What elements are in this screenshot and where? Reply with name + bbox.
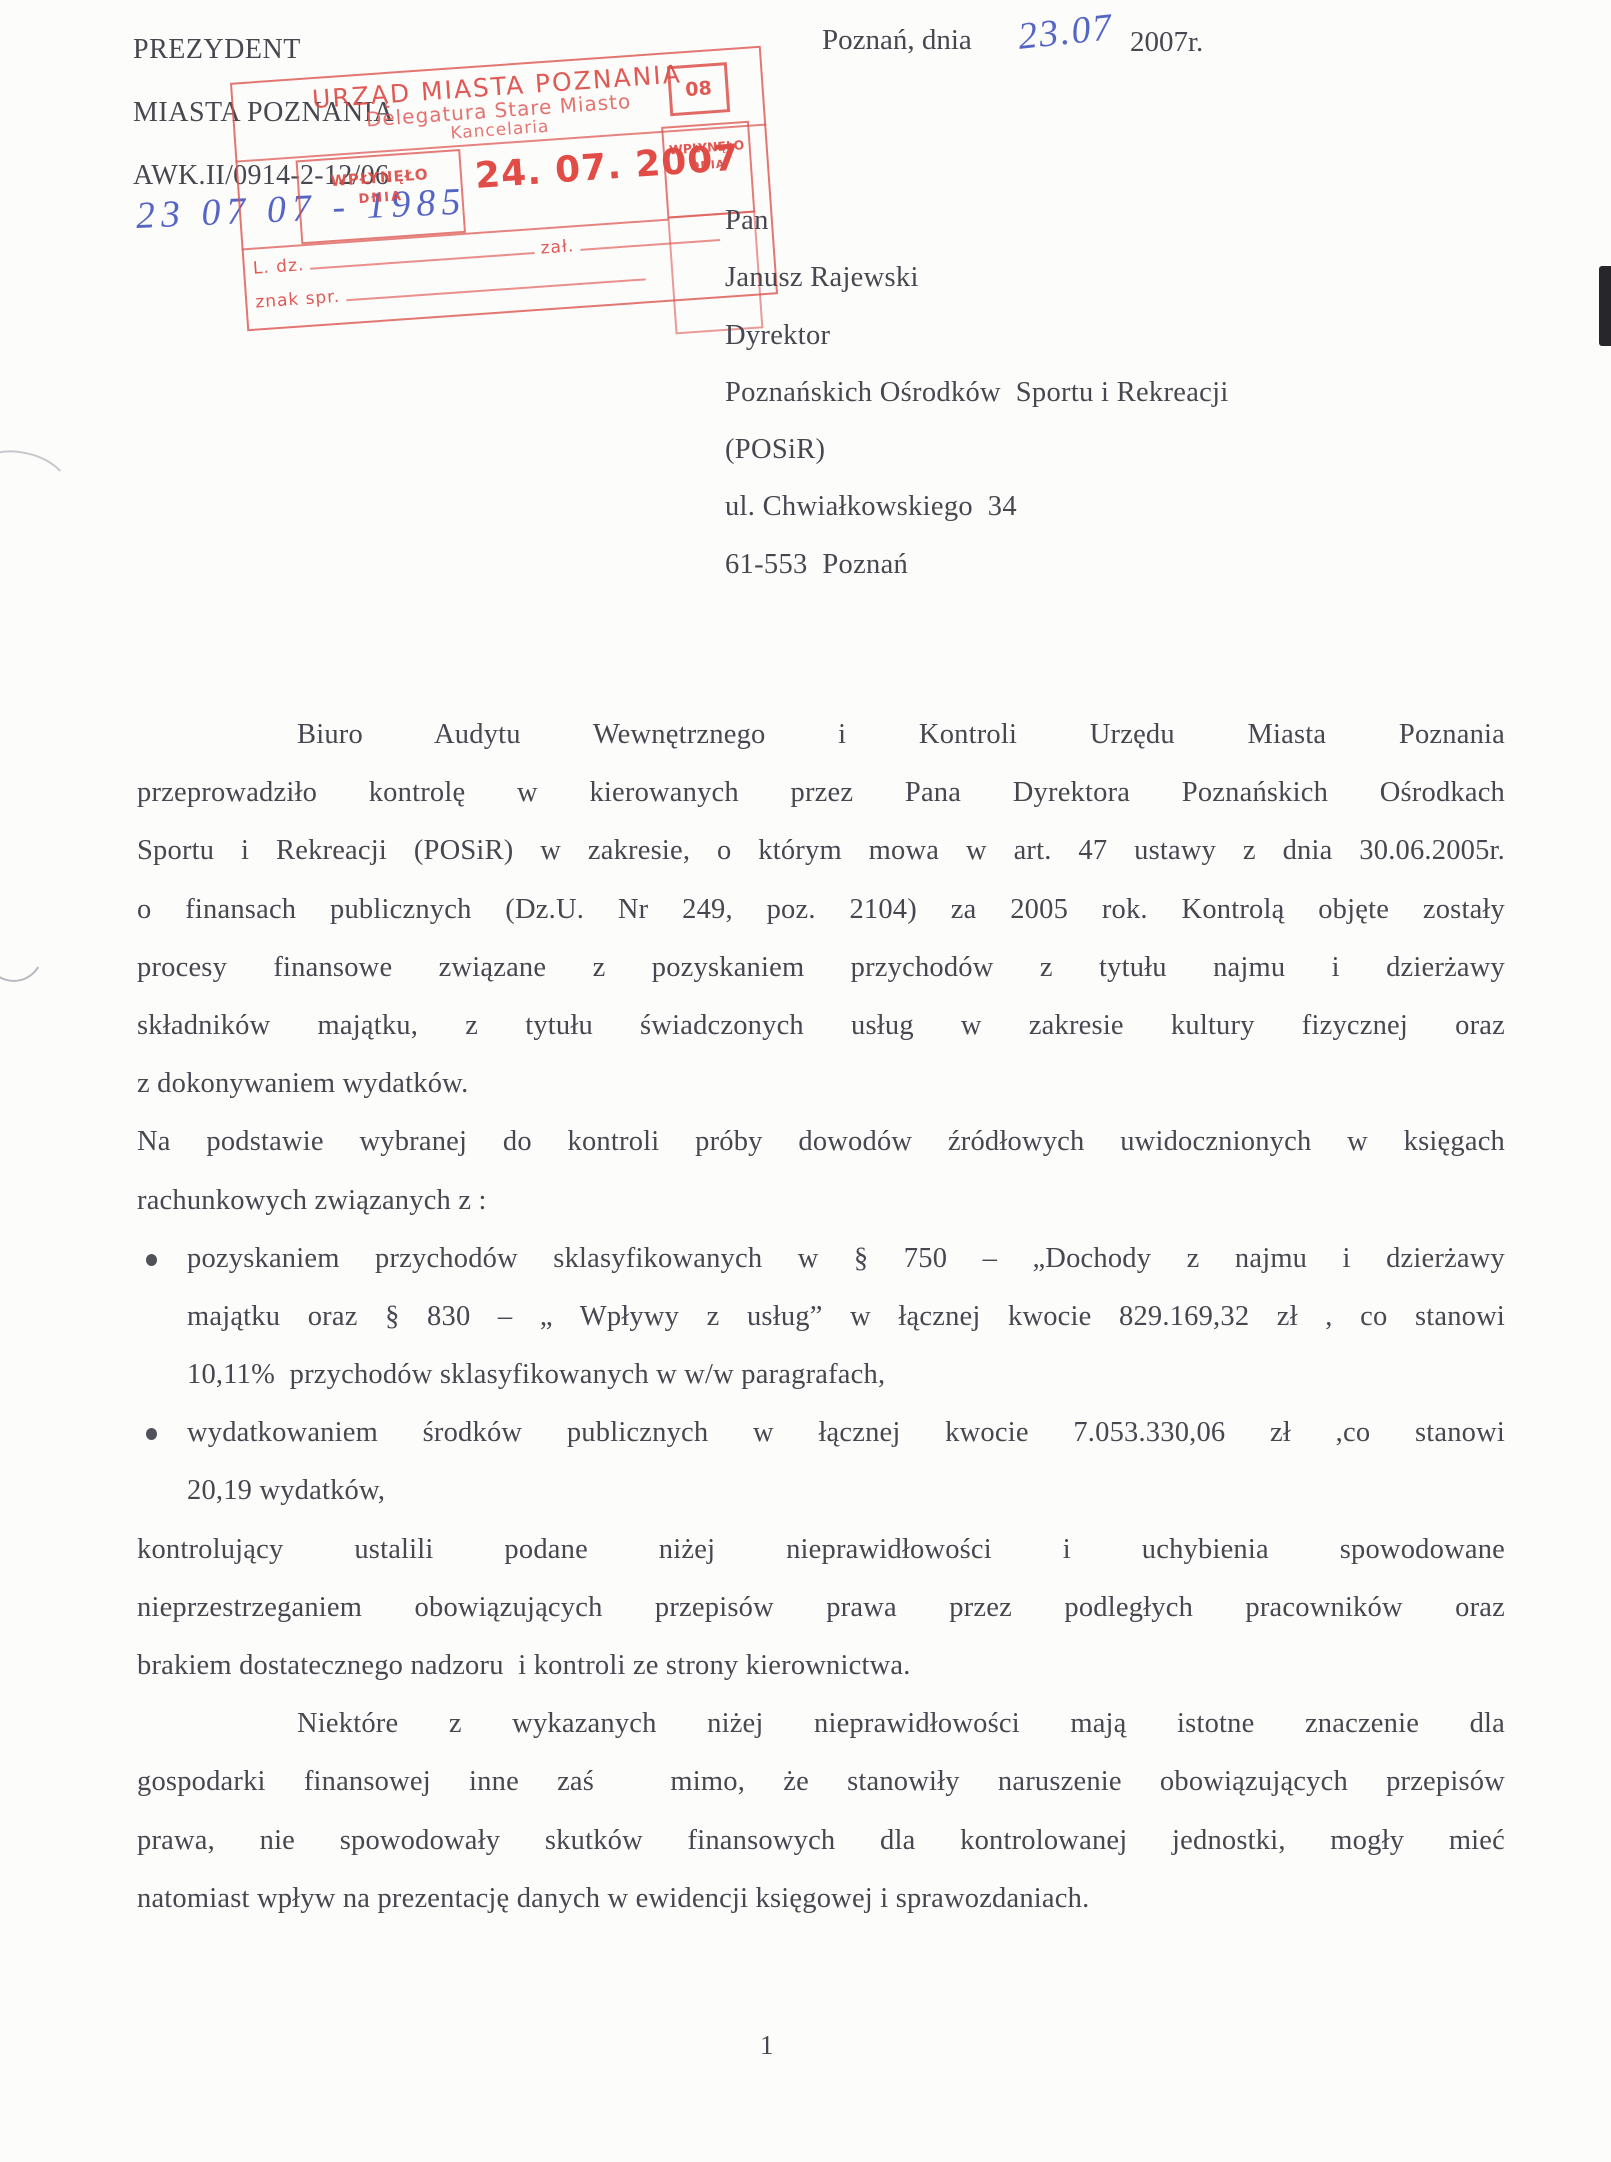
- stamp-znak-label: znak spr.: [255, 287, 341, 313]
- bullet-text: pozyskaniem przychodów sklasyfikowanych …: [187, 1243, 1505, 1274]
- recipient-position: Dyrektor: [725, 307, 1229, 364]
- body-line: brakiem dostatecznego nadzoru i kontroli…: [137, 1637, 1505, 1695]
- body-line: natomiast wpływ na prezentację danych w …: [137, 1870, 1505, 1928]
- body-line: kontrolujący ustalili podane niżej niepr…: [137, 1521, 1505, 1579]
- dateline-prefix: Poznań, dnia: [822, 24, 972, 57]
- recipient-name: Janusz Rajewski: [725, 249, 1229, 306]
- body-line: o finansach publicznych (Dz.U. Nr 249, p…: [137, 881, 1505, 939]
- stamp-received-label: WPŁYNĘŁO: [664, 137, 749, 158]
- bullet-dot: [146, 1254, 157, 1266]
- bullet-line: 20,19 wydatków,: [137, 1462, 1505, 1520]
- dateline-year: 2007r.: [1130, 26, 1203, 59]
- body-line: Sportu i Rekreacji (POSiR) w zakresie, o…: [137, 822, 1505, 880]
- recipient-block: Pan Janusz Rajewski Dyrektor Poznańskich…: [725, 192, 1229, 593]
- body-line: Biuro Audytu Wewnętrznego i Kontroli Urz…: [137, 706, 1505, 764]
- body-line: z dokonywaniem wydatków.: [137, 1055, 1505, 1113]
- recipient-organization-abbr: (POSiR): [725, 421, 1229, 478]
- bullet-text: wydatkowaniem środków publicznych w łącz…: [187, 1417, 1505, 1448]
- body-line: rachunkowych związanych z :: [137, 1172, 1505, 1230]
- stamp-code-box: 08: [667, 62, 730, 116]
- bullet-line: majątku oraz § 830 – „ Wpływy z usług” w…: [137, 1288, 1505, 1346]
- scanned-letter-page: PREZYDENT MIASTA POZNANIA AWK.II/0914-2-…: [0, 0, 1611, 2162]
- body-line: Niektóre z wykazanych niżej nieprawidłow…: [137, 1695, 1505, 1753]
- page-number: 1: [760, 2030, 774, 2061]
- handwritten-date: 23.07: [1016, 5, 1116, 59]
- body-line: składników majątku, z tytułu świadczonyc…: [137, 997, 1505, 1055]
- stamp-fill-line: [579, 223, 720, 251]
- body-line: przeprowadziło kontrolę w kierowanych pr…: [137, 764, 1505, 822]
- stamp-received-date-label: DNIA: [666, 156, 751, 175]
- scan-artifact-edge-mark: [1599, 266, 1611, 346]
- bullet-line: pozyskaniem przychodów sklasyfikowanych …: [137, 1230, 1505, 1288]
- stamp-ldz-label: L. dz.: [252, 255, 305, 279]
- body-line: prawa, nie spowodowały skutków finansowy…: [137, 1812, 1505, 1870]
- stamp-received-box-left: WPŁYNĘŁO DNIA: [296, 149, 466, 244]
- bullet-line: 10,11% przychodów sklasyfikowanych w w/w…: [137, 1346, 1505, 1404]
- letter-body: Biuro Audytu Wewnętrznego i Kontroli Urz…: [137, 706, 1505, 1928]
- body-line: nieprzestrzeganiem obowiązujących przepi…: [137, 1579, 1505, 1637]
- recipient-postal-city: 61-553 Poznań: [725, 536, 1229, 593]
- intake-stamp: URZĄD MIASTA POZNANIA Delegatura Stare M…: [230, 46, 778, 332]
- recipient-street: ul. Chwiałkowskiego 34: [725, 478, 1229, 535]
- scan-artifact-curve: [0, 442, 73, 512]
- stamp-zal-label: zał.: [540, 236, 575, 258]
- body-line: Na podstawie wybranej do kontroli próby …: [137, 1113, 1505, 1171]
- recipient-salutation: Pan: [725, 192, 1229, 249]
- body-line: gospodarki finansowej inne zaś mimo, że …: [137, 1753, 1505, 1811]
- bullet-dot: [146, 1428, 157, 1440]
- scan-artifact-curve: [0, 910, 50, 987]
- recipient-organization: Poznańskich Ośrodków Sportu i Rekreacji: [725, 364, 1229, 421]
- bullet-line: wydatkowaniem środków publicznych w łącz…: [137, 1404, 1505, 1462]
- body-line: procesy finansowe związane z pozyskaniem…: [137, 939, 1505, 997]
- sender-title: PREZYDENT: [133, 18, 394, 81]
